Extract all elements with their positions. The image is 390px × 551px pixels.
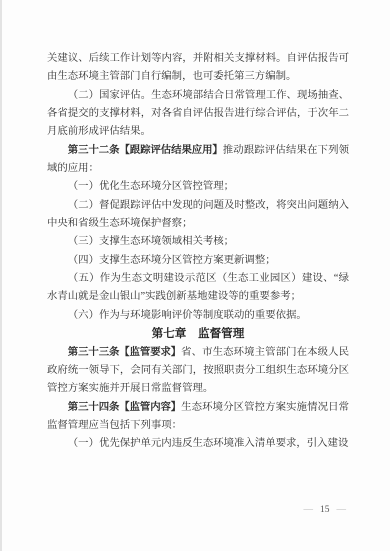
document-page: 关建议、后续工作计划等内容，并附相关支撑材料。自评估报告可由生态环境主管部门自行… — [0, 0, 390, 551]
paragraph-item-6: （六）作为与环境影响评价等制度联动的重要依据。 — [47, 307, 349, 325]
article-33-lead: 第三十三条【监管要求】 — [68, 347, 181, 358]
page-number: —15— — [304, 505, 347, 515]
paragraph-article-33: 第三十三条【监管要求】省、市生态环境主管部门在本级人民政府统一领导下，会同有关部… — [47, 344, 349, 399]
paragraph-continuation: 关建议、后续工作计划等内容，并附相关支撑材料。自评估报告可由生态环境主管部门自行… — [47, 50, 349, 87]
paragraph-article-34: 第三十四条【监管内容】生态环境分区管控方案实施情况日常监督管理应当包括下列事项： — [47, 399, 349, 436]
paragraph-item-1-monitoring: （一）优先保护单元内违反生态环境准入清单要求，引入建设 — [47, 435, 349, 453]
paragraph-item-5: （五）作为生态文明建设示范区（生态工业园区）建设、“绿水青山就是金山银山”实践创… — [47, 270, 349, 307]
paragraph-item-2: （二）督促跟踪评估中发现的问题及时整改，将突出问题纳入中央和省级生态环境保护督察… — [47, 197, 349, 234]
article-32-lead: 第三十二条【跟踪评估结果应用】 — [68, 145, 223, 156]
page-number-dash-left: — — [304, 505, 314, 515]
paragraph-item-1: （一）优化生态环境分区管控管理； — [47, 178, 349, 196]
paragraph: （二）国家评估。生态环境部结合日常管理工作、现场抽查、各省提交的支撑材料，对各省… — [47, 87, 349, 142]
page-number-value: 15 — [320, 505, 330, 515]
chapter-heading: 第七章 监督管理 — [47, 325, 349, 343]
page-number-dash-right: — — [337, 505, 347, 515]
body-text: 关建议、后续工作计划等内容，并附相关支撑材料。自评估报告可由生态环境主管部门自行… — [47, 50, 349, 454]
article-34-lead: 第三十四条【监管内容】 — [68, 402, 181, 413]
paragraph-item-4: （四）支撑生态环境分区管控方案更新调整； — [47, 252, 349, 270]
paragraph-item-3: （三）支撑生态环境领域相关考核； — [47, 233, 349, 251]
paragraph-article-32: 第三十二条【跟踪评估结果应用】推动跟踪评估结果在下列领域的应用： — [47, 142, 349, 179]
